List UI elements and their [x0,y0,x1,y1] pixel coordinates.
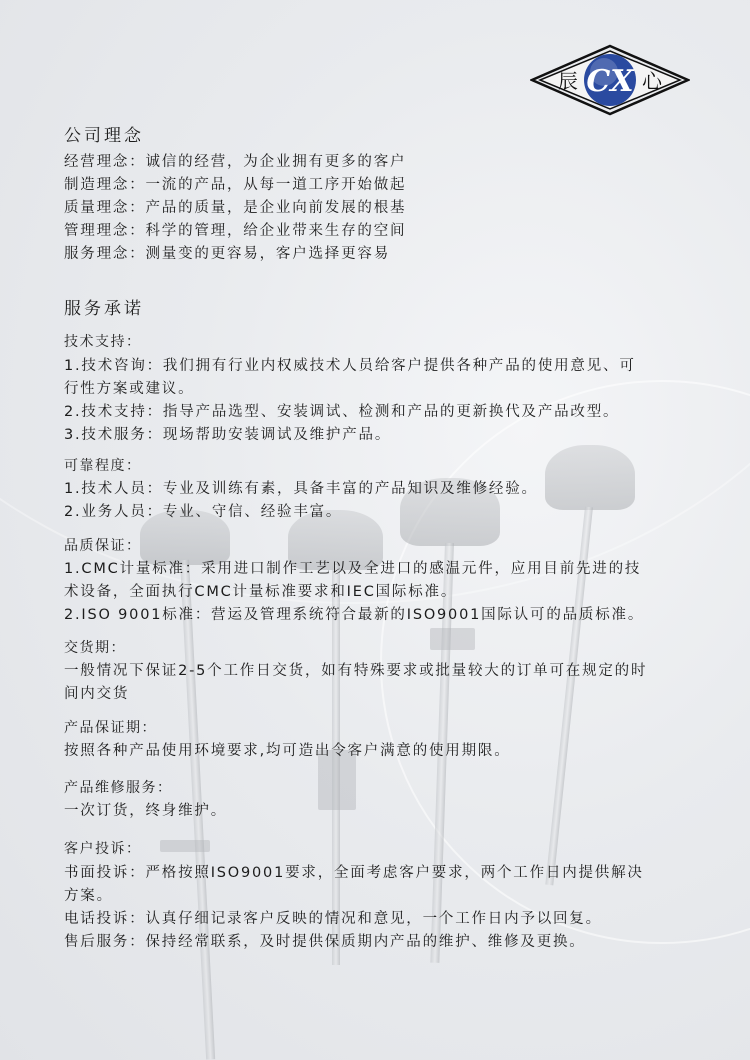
tech-support-line: 3.技术服务：现场帮助安装调试及维护产品。 [64,423,391,444]
philosophy-item: 管理理念：科学的管理，给企业带来生存的空间 [64,219,406,240]
tech-support-label: 技术支持： [64,331,142,351]
quality-line: 2.ISO 9001标准：营运及管理系统符合最新的ISO9001国际认可的品质标… [64,603,644,624]
complaints-line: 电话投诉：认真仔细记录客户反映的情况和意见，一个工作日内予以回复。 [64,907,602,928]
philosophy-title: 公司理念 [64,121,144,146]
delivery-label: 交货期： [64,637,126,657]
maintenance-line: 一次订货，终身维护。 [64,799,227,820]
warranty-line: 按照各种产品使用环境要求,均可造出令客户满意的使用期限。 [64,739,511,760]
logo-left-char: 辰 [558,69,578,93]
tech-support-line: 2.技术支持：指导产品选型、安装调试、检测和产品的更新换代及产品改型。 [64,400,619,421]
reliability-line: 1.技术人员：专业及训练有素，具备丰富的产品知识及维修经验。 [64,477,538,498]
philosophy-item: 经营理念：诚信的经营，为企业拥有更多的客户 [64,150,406,171]
quality-label: 品质保证： [64,535,142,555]
complaints-line: 书面投诉：严格按照ISO9001要求，全面考虑客户要求，两个工作日内提供解决 [64,861,644,882]
quality-line: 1.CMC计量标准：采用进口制作工艺以及全进口的感温元件，应用目前先进的技 [64,557,641,578]
tech-support-line: 行性方案或建议。 [64,377,194,398]
delivery-line: 一般情况下保证2-5个工作日交货，如有特殊要求或批量较大的订单可在规定的时 [64,659,647,680]
complaints-line: 售后服务：保持经常联系，及时提供保质期内产品的维护、维修及更换。 [64,930,586,951]
commitment-title: 服务承诺 [64,294,144,319]
complaints-line: 方案。 [64,884,113,905]
maintenance-label: 产品维修服务： [64,777,173,797]
philosophy-item: 制造理念：一流的产品，从每一道工序开始做起 [64,173,406,194]
delivery-line: 间内交货 [64,682,129,703]
philosophy-item: 质量理念：产品的质量，是企业向前发展的根基 [64,196,406,217]
company-logo: CX 辰 心 [530,44,690,116]
reliability-line: 2.业务人员：专业、守信、经验丰富。 [64,500,342,521]
warranty-label: 产品保证期： [64,717,157,737]
tech-support-line: 1.技术咨询：我们拥有行业内权威技术人员给客户提供各种产品的使用意见、可 [64,354,636,375]
philosophy-item: 服务理念：测量变的更容易，客户选择更容易 [64,242,390,263]
reliability-label: 可靠程度： [64,455,142,475]
quality-line: 术设备，全面执行CMC计量标准要求和IEC国际标准。 [64,580,457,601]
logo-right-char: 心 [642,69,663,93]
logo-monogram: CX [586,64,635,99]
complaints-label: 客户投诉： [64,838,142,858]
